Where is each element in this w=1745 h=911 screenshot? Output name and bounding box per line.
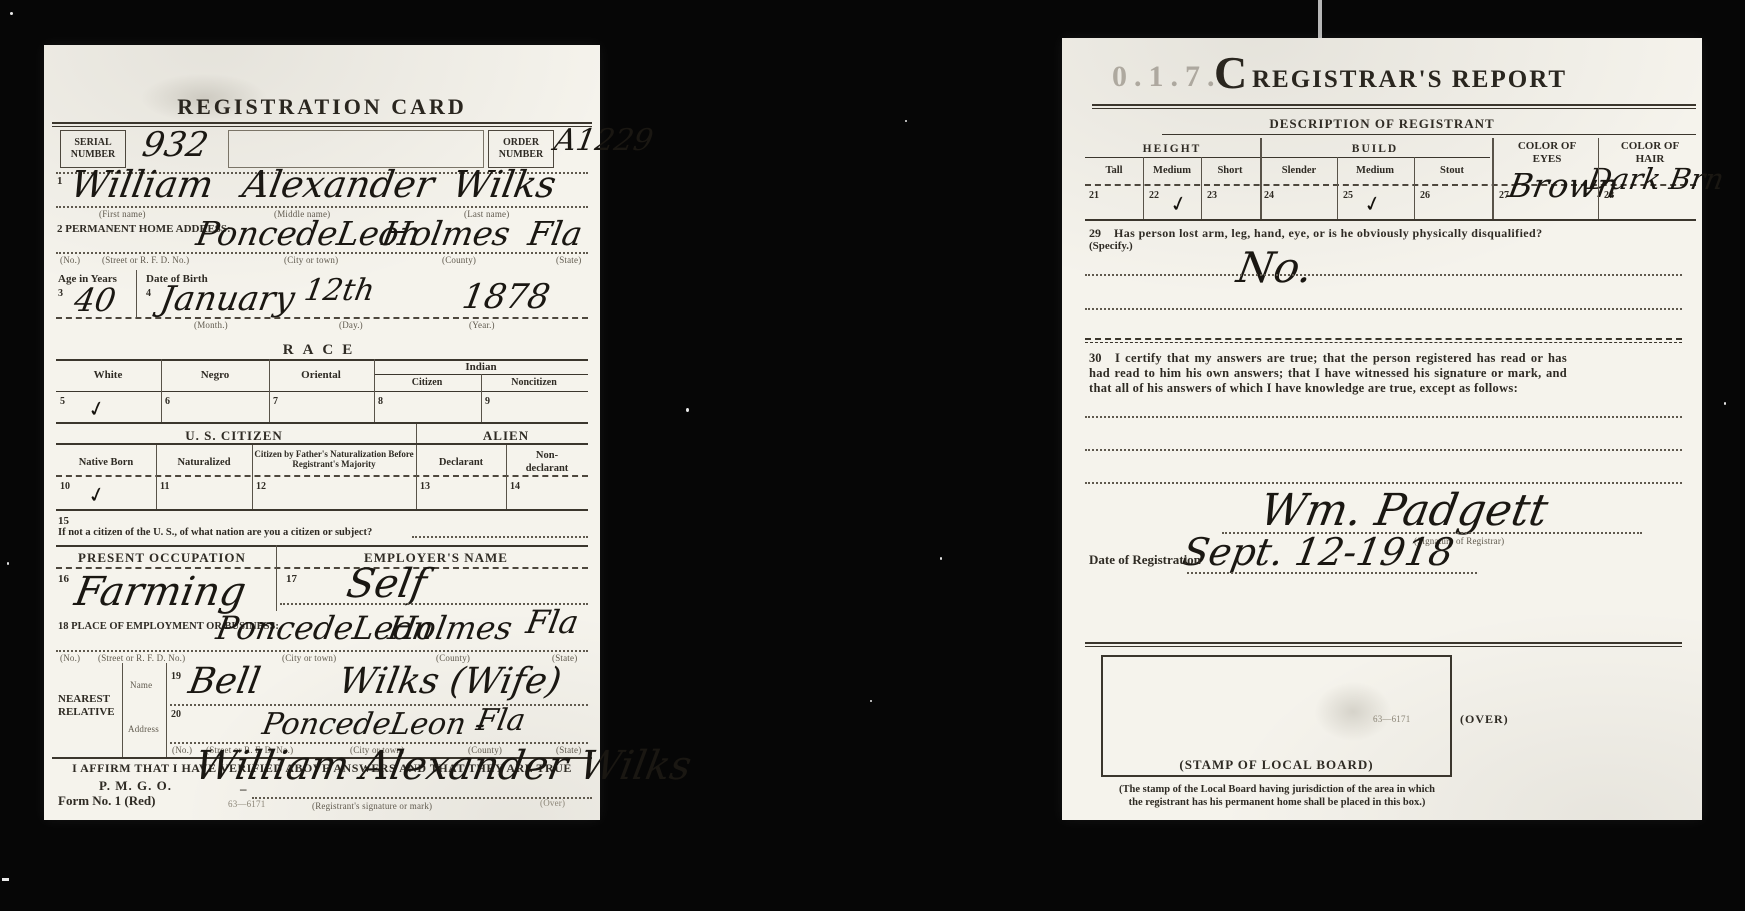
race-noncitizen-label: Noncitizen bbox=[511, 377, 557, 389]
board-stamp-letter: C bbox=[1214, 50, 1247, 96]
divider bbox=[416, 445, 417, 509]
scan-artifact bbox=[905, 120, 907, 122]
registration-date-label: Date of Registration bbox=[1089, 552, 1201, 568]
relative-name-rest: Wilks (Wife) bbox=[336, 665, 564, 699]
relative-name-number: 19 bbox=[171, 671, 181, 683]
over-label: (Over) bbox=[540, 799, 565, 808]
stout-label: Stout bbox=[1440, 165, 1464, 178]
employment-state: Fla bbox=[524, 607, 581, 637]
check-mark-build-medium: ✓ bbox=[1362, 192, 1384, 217]
q29-answer: No. bbox=[1234, 248, 1316, 288]
tall-number: 21 bbox=[1089, 190, 1099, 202]
race-header: RACE bbox=[44, 341, 600, 359]
relative-address-value: PoncedeLeon - bbox=[260, 711, 488, 740]
dob-day: 12th bbox=[302, 277, 377, 306]
nearest-relative-label-1: NEAREST bbox=[58, 693, 110, 706]
sublabel-street: (Street or R. F. D. No.) bbox=[102, 256, 189, 265]
rule bbox=[1085, 274, 1682, 276]
card-title: REGISTRATION CARD bbox=[44, 95, 600, 119]
naturalized-number: 11 bbox=[160, 481, 169, 493]
divider bbox=[1201, 157, 1202, 219]
line1-number: 1 bbox=[57, 175, 63, 188]
divider bbox=[1337, 157, 1338, 219]
divider bbox=[136, 270, 137, 318]
rule bbox=[1085, 308, 1682, 310]
form-number-label: Form No. 1 (Red) bbox=[58, 793, 155, 809]
divider bbox=[1092, 104, 1696, 109]
sublabel-city: (City or town) bbox=[284, 256, 338, 265]
sublabel-year: (Year.) bbox=[469, 321, 495, 330]
employer-number: 17 bbox=[286, 573, 297, 586]
stout-number: 26 bbox=[1420, 190, 1430, 202]
short-label: Short bbox=[1217, 165, 1242, 178]
divider bbox=[416, 424, 417, 443]
divider bbox=[1260, 138, 1262, 219]
registrar-signature: Wm. Padgett bbox=[1257, 490, 1551, 532]
divider bbox=[276, 545, 277, 611]
home-address-county: Holmes bbox=[380, 218, 512, 249]
rule bbox=[56, 206, 588, 208]
race-white-label: White bbox=[94, 369, 123, 382]
divider bbox=[166, 663, 167, 757]
rule bbox=[56, 443, 588, 445]
description-subtitle: DESCRIPTION OF REGISTRANT bbox=[1092, 116, 1672, 132]
dob-year: 1878 bbox=[460, 281, 552, 313]
citizen-by-father-number: 12 bbox=[256, 481, 266, 493]
declarant-label: Declarant bbox=[439, 457, 483, 470]
non-declarant-number: 14 bbox=[510, 481, 520, 493]
race-negro-label: Negro bbox=[201, 369, 230, 382]
relative-address-label: Address bbox=[128, 725, 159, 734]
sublabel-street: (Street or R. F. D. No.) bbox=[98, 654, 185, 663]
sublabel-county: (County) bbox=[442, 256, 476, 265]
rule bbox=[1085, 219, 1696, 221]
rule bbox=[56, 509, 588, 511]
native-born-label: Native Born bbox=[79, 457, 134, 470]
non-declarant-label: Non-declarant bbox=[516, 450, 578, 475]
check-mark-native-born: ✓ bbox=[86, 483, 108, 508]
alien-header: ALIEN bbox=[483, 428, 529, 444]
citizen-by-father-label: Citizen by Father's Naturalization Befor… bbox=[254, 449, 414, 470]
tall-label: Tall bbox=[1105, 165, 1122, 178]
scan-artifact bbox=[1724, 402, 1726, 405]
divider bbox=[122, 663, 123, 757]
rule bbox=[56, 422, 588, 424]
slender-label: Slender bbox=[1282, 165, 1316, 178]
serial-number-label: SERIAL NUMBER bbox=[64, 137, 122, 160]
rule bbox=[1085, 157, 1260, 158]
height-header: HEIGHT bbox=[1143, 142, 1202, 157]
employment-county: Holmes bbox=[386, 613, 514, 643]
rule bbox=[56, 317, 588, 319]
scan-artifact bbox=[940, 557, 942, 560]
employer-value: Self bbox=[344, 565, 429, 603]
line15-text: If not a citizen of the U. S., of what n… bbox=[58, 527, 372, 540]
rule bbox=[1187, 572, 1477, 574]
rule bbox=[56, 545, 588, 547]
height-medium-number: 22 bbox=[1149, 190, 1159, 202]
rule bbox=[1085, 338, 1682, 343]
relative-address-state: Fla bbox=[474, 707, 527, 736]
sublabel-state: (State) bbox=[556, 256, 581, 265]
sublabel-no: (No.) bbox=[60, 256, 80, 265]
sublabel-day: (Day.) bbox=[339, 321, 363, 330]
rule bbox=[1085, 482, 1682, 484]
sublabel-first-name: (First name) bbox=[99, 210, 146, 219]
scan-artifact bbox=[2, 878, 9, 881]
q29-specify-label: (Specify.) bbox=[1089, 240, 1133, 253]
divider bbox=[374, 359, 375, 422]
sublabel-city: (City or town) bbox=[282, 654, 336, 663]
home-address-state: Fla bbox=[526, 218, 585, 249]
age-value: 40 bbox=[72, 285, 118, 315]
sublabel-no: (No.) bbox=[172, 746, 192, 755]
race-oriental-label: Oriental bbox=[301, 369, 341, 382]
sublabel-no: (No.) bbox=[60, 654, 80, 663]
scan-artifact bbox=[870, 700, 872, 702]
rule bbox=[1260, 157, 1490, 158]
check-mark-race-white: ✓ bbox=[86, 397, 108, 422]
build-medium-number: 25 bbox=[1343, 190, 1353, 202]
divider bbox=[269, 359, 270, 422]
dob-month: January bbox=[158, 283, 297, 315]
race-indian-label: Indian bbox=[465, 361, 496, 374]
dob-number: 4 bbox=[146, 288, 151, 300]
race-citizen-number: 8 bbox=[378, 396, 383, 408]
occupation-header: PRESENT OCCUPATION bbox=[78, 550, 246, 566]
rule bbox=[1085, 642, 1682, 647]
short-number: 23 bbox=[1207, 190, 1217, 202]
divider bbox=[1598, 138, 1599, 219]
rule bbox=[56, 475, 588, 477]
order-number-value: A1229 bbox=[552, 127, 655, 156]
form-code: 63—6171 bbox=[228, 800, 265, 809]
rule bbox=[56, 359, 588, 361]
us-citizen-header: U. S. CITIZEN bbox=[185, 428, 283, 444]
registration-date-value: Sept. 12-1918 bbox=[1180, 534, 1457, 570]
relative-address-number: 20 bbox=[171, 709, 181, 721]
q30-text: I certify that my answers are true; that… bbox=[1089, 351, 1567, 396]
line15-number: 15 bbox=[58, 515, 69, 528]
rule bbox=[1085, 416, 1682, 418]
divider bbox=[156, 445, 157, 509]
q29-text: Has person lost arm, leg, hand, eye, or … bbox=[1114, 226, 1543, 240]
registration-card: REGISTRATION CARD SERIAL NUMBER 932 ORDE… bbox=[44, 45, 600, 820]
build-medium-label: Medium bbox=[1356, 165, 1394, 178]
scanned-document-background: REGISTRATION CARD SERIAL NUMBER 932 ORDE… bbox=[0, 0, 1745, 911]
divider bbox=[1414, 157, 1415, 219]
race-noncitizen-number: 9 bbox=[485, 396, 490, 408]
stamp-smudge bbox=[1298, 669, 1408, 754]
occupation-number: 16 bbox=[58, 573, 69, 586]
color-of-eyes-header: COLOR OF EYES bbox=[1512, 140, 1582, 165]
rule bbox=[412, 536, 588, 538]
divider bbox=[1143, 157, 1144, 219]
serial-number-value: 932 bbox=[140, 129, 211, 161]
native-born-number: 10 bbox=[60, 481, 70, 493]
build-header: BUILD bbox=[1352, 142, 1398, 157]
rule bbox=[1085, 449, 1682, 451]
registrant-signature: William Alexander Wilks bbox=[192, 747, 694, 785]
divider bbox=[1492, 138, 1494, 219]
registrars-report-card: 0.1.7. C REGISTRAR'S REPORT DESCRIPTION … bbox=[1062, 38, 1702, 820]
race-white-number: 5 bbox=[60, 396, 65, 408]
race-oriental-number: 7 bbox=[273, 396, 278, 408]
rule bbox=[56, 391, 588, 392]
nearest-relative-label-2: RELATIVE bbox=[58, 706, 115, 719]
card-title: REGISTRAR'S REPORT bbox=[1252, 66, 1567, 94]
name-last: Wilks bbox=[450, 167, 559, 202]
divider bbox=[481, 374, 482, 422]
scan-artifact bbox=[686, 408, 689, 412]
relative-name-label: Name bbox=[130, 681, 152, 690]
order-number-label: ORDER NUMBER bbox=[492, 137, 550, 160]
race-negro-number: 6 bbox=[165, 396, 170, 408]
q29-number: 29 bbox=[1089, 226, 1101, 240]
dash: – bbox=[240, 781, 247, 797]
race-citizen-label: Citizen bbox=[412, 377, 443, 389]
check-mark-height-medium: ✓ bbox=[1168, 192, 1190, 217]
pmgo-label: P. M. G. O. bbox=[99, 778, 172, 794]
stamp-box-label: (STAMP OF LOCAL BOARD) bbox=[1103, 757, 1450, 773]
divider bbox=[506, 445, 507, 509]
stamp-box-caption-2: the registrant has his permanent home sh… bbox=[1087, 797, 1467, 810]
height-medium-label: Medium bbox=[1153, 165, 1191, 178]
slender-number: 24 bbox=[1264, 190, 1274, 202]
hair-value: Dark Brn bbox=[1586, 166, 1726, 194]
scan-artifact bbox=[10, 12, 13, 15]
age-number: 3 bbox=[58, 288, 63, 300]
sublabel-month: (Month.) bbox=[194, 321, 228, 330]
over-label: (OVER) bbox=[1460, 712, 1509, 726]
stamp-box-caption-1: (The stamp of the Local Board having jur… bbox=[1087, 784, 1467, 797]
name-middle: Alexander bbox=[240, 167, 437, 202]
rule bbox=[56, 252, 588, 254]
naturalized-label: Naturalized bbox=[177, 457, 230, 470]
board-stamp-code: 0.1.7. bbox=[1112, 62, 1222, 92]
rule bbox=[1162, 134, 1696, 135]
form-code: 63—6171 bbox=[1373, 715, 1410, 724]
divider bbox=[252, 445, 253, 509]
divider bbox=[52, 122, 592, 127]
registrant-signature-label: (Registrant's signature or mark) bbox=[312, 802, 432, 811]
declarant-number: 13 bbox=[420, 481, 430, 493]
relative-name-first: Bell bbox=[186, 665, 263, 699]
name-first: William bbox=[68, 167, 216, 202]
scan-artifact bbox=[7, 562, 9, 565]
occupation-value: Farming bbox=[72, 573, 249, 611]
divider bbox=[161, 359, 162, 422]
rule bbox=[56, 650, 588, 652]
